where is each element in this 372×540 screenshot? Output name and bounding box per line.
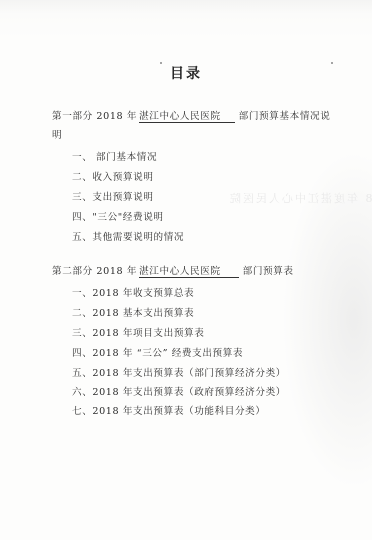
page-title: 目录 [0, 63, 372, 83]
toc-item: 六、2018 年支出预算表（政府预算经济分类） [72, 384, 286, 398]
toc-item: 五、其他需要说明的情况 [72, 229, 184, 243]
toc-item: 四、"三公"经费说明 [72, 209, 164, 223]
toc-item: 四、2018 年 “三公” 经费支出预算表 [72, 345, 243, 359]
toc-item: 三、2018 年项目支出预算表 [72, 325, 204, 339]
part1-org: 湛江中心人民医院 [139, 111, 235, 123]
toc-item: 一、 部门基本情况 [72, 149, 157, 163]
part1-heading: 第一部分 2018 年湛江中心人民医院部门预算基本情况说 [52, 108, 330, 123]
toc-item: 一、2018 年收支预算总表 [72, 285, 194, 299]
part2-suffix: 部门预算表 [243, 266, 294, 277]
toc-item: 二、收入预算说明 [72, 169, 154, 183]
toc-item: 五、2018 年支出预算表（部门预算经济分类） [72, 365, 286, 379]
part1-heading-wrap: 明 [52, 127, 62, 141]
part2-org: 湛江中心人民医院 [139, 266, 239, 278]
toc-item: 七、2018 年支出预算表（功能科目分类） [72, 403, 266, 417]
part2-heading: 第二部分 2018 年湛江中心人民医院部门预算表 [52, 263, 294, 278]
bleed-through-text: 2018 年度湛江中心人民医院 [228, 190, 372, 206]
toc-item: 三、支出预算说明 [72, 189, 154, 203]
part1-prefix: 第一部分 2018 年 [52, 111, 137, 122]
part2-prefix: 第二部分 2018 年 [52, 266, 137, 277]
scanned-page: 2018 年度湛江中心人民医院 目录 第一部分 2018 年湛江中心人民医院部门… [0, 0, 372, 540]
toc-item: 二、2018 基本支出预算表 [72, 305, 194, 319]
part1-suffix: 部门预算基本情况说 [239, 111, 331, 122]
